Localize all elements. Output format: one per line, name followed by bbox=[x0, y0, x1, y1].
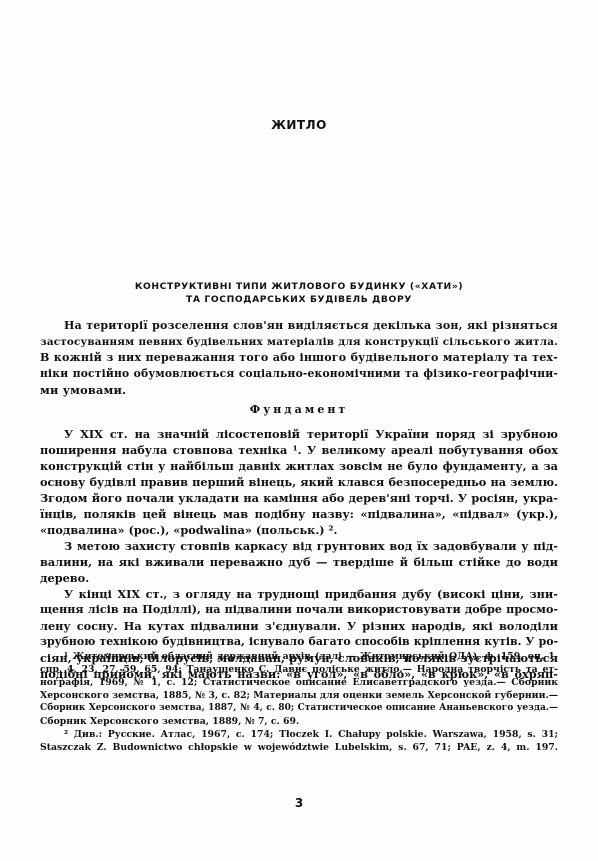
text-line: У XIX ст. на значній лісостеповій терито… bbox=[40, 426, 558, 442]
footnote-line: нографія, 1969, № 1, с. 12; Статистическ… bbox=[40, 676, 558, 689]
text-line: дерево. bbox=[40, 570, 558, 586]
text-line: конструкцій стін у найбільш давніх житла… bbox=[40, 458, 558, 474]
text-line: ніки постійно обумовлюється соціально-ек… bbox=[40, 366, 558, 382]
body-text: У XIX ст. на значній лісостеповій терито… bbox=[40, 426, 558, 682]
footnote-line: Херсонского земства, 1885, № 3, с. 82; М… bbox=[40, 689, 558, 702]
footnote-line: Staszczak Z. Budownictwo chłopskie w woj… bbox=[40, 741, 558, 754]
text-line: На території розселення слов'ян виділяєт… bbox=[40, 318, 558, 334]
text-line: В кожній з них переважання того або іншо… bbox=[40, 350, 558, 366]
section-heading-line-2: ТА ГОСПОДАРСЬКИХ БУДІВЕЛЬ ДВОРУ bbox=[0, 294, 598, 307]
text-line: їнців, поляків цей вінець мав подібну на… bbox=[40, 506, 558, 522]
footnote-line: ² Див.: Русские. Атлас, 1967, с. 174; Tł… bbox=[40, 728, 558, 741]
text-line: щення лісів на Поділлі), на підвалини по… bbox=[40, 602, 558, 618]
page-title: ЖИТЛО bbox=[0, 118, 598, 132]
intro-paragraph: На території розселення слов'ян виділяєт… bbox=[40, 318, 558, 398]
footnote-line: Сборник Херсонского земства, 1887, № 4, … bbox=[40, 702, 558, 715]
text-line: ми умовами. bbox=[40, 382, 558, 398]
text-line: Згодом його почали укладати на каміння а… bbox=[40, 490, 558, 506]
footnote-line: спр. 4, 23, 27, 59, 65, 94; Танаушенко С… bbox=[40, 663, 558, 676]
text-line: основу будівлі правив перший вінець, яки… bbox=[40, 474, 558, 490]
text-line: У кінці XIX ст., з огляду на труднощі пр… bbox=[40, 586, 558, 602]
footnote-line: ¹ Житомирський обласний державний архів … bbox=[40, 650, 558, 663]
subheading-foundation: Фундамент bbox=[0, 403, 598, 416]
footnote-line: Сборник Херсонского земства, 1889, № 7, … bbox=[40, 715, 558, 728]
page-number: 3 bbox=[0, 796, 598, 810]
footnotes: ¹ Житомирський обласний державний архів … bbox=[40, 650, 558, 754]
text-line: зрубною технікою будівництва, існувало б… bbox=[40, 634, 558, 650]
text-line: валини, на які вживали переважно дуб — т… bbox=[40, 554, 558, 570]
section-heading-line-1: КОНСТРУКТИВНІ ТИПИ ЖИТЛОВОГО БУДИНКУ («Х… bbox=[0, 281, 598, 294]
text-line: поширення набула стовпова техніка ¹. У в… bbox=[40, 442, 558, 458]
text-line: лену сосну. На кутах підвалини з'єднувал… bbox=[40, 618, 558, 634]
section-heading: КОНСТРУКТИВНІ ТИПИ ЖИТЛОВОГО БУДИНКУ («Х… bbox=[0, 281, 598, 306]
text-line: «подвалина» (рос.), «podwalina» (польськ… bbox=[40, 522, 558, 538]
text-line: З метою захисту стовпів каркасу від грун… bbox=[40, 538, 558, 554]
text-line: застосуванням певних будівельних матеріа… bbox=[40, 334, 558, 350]
